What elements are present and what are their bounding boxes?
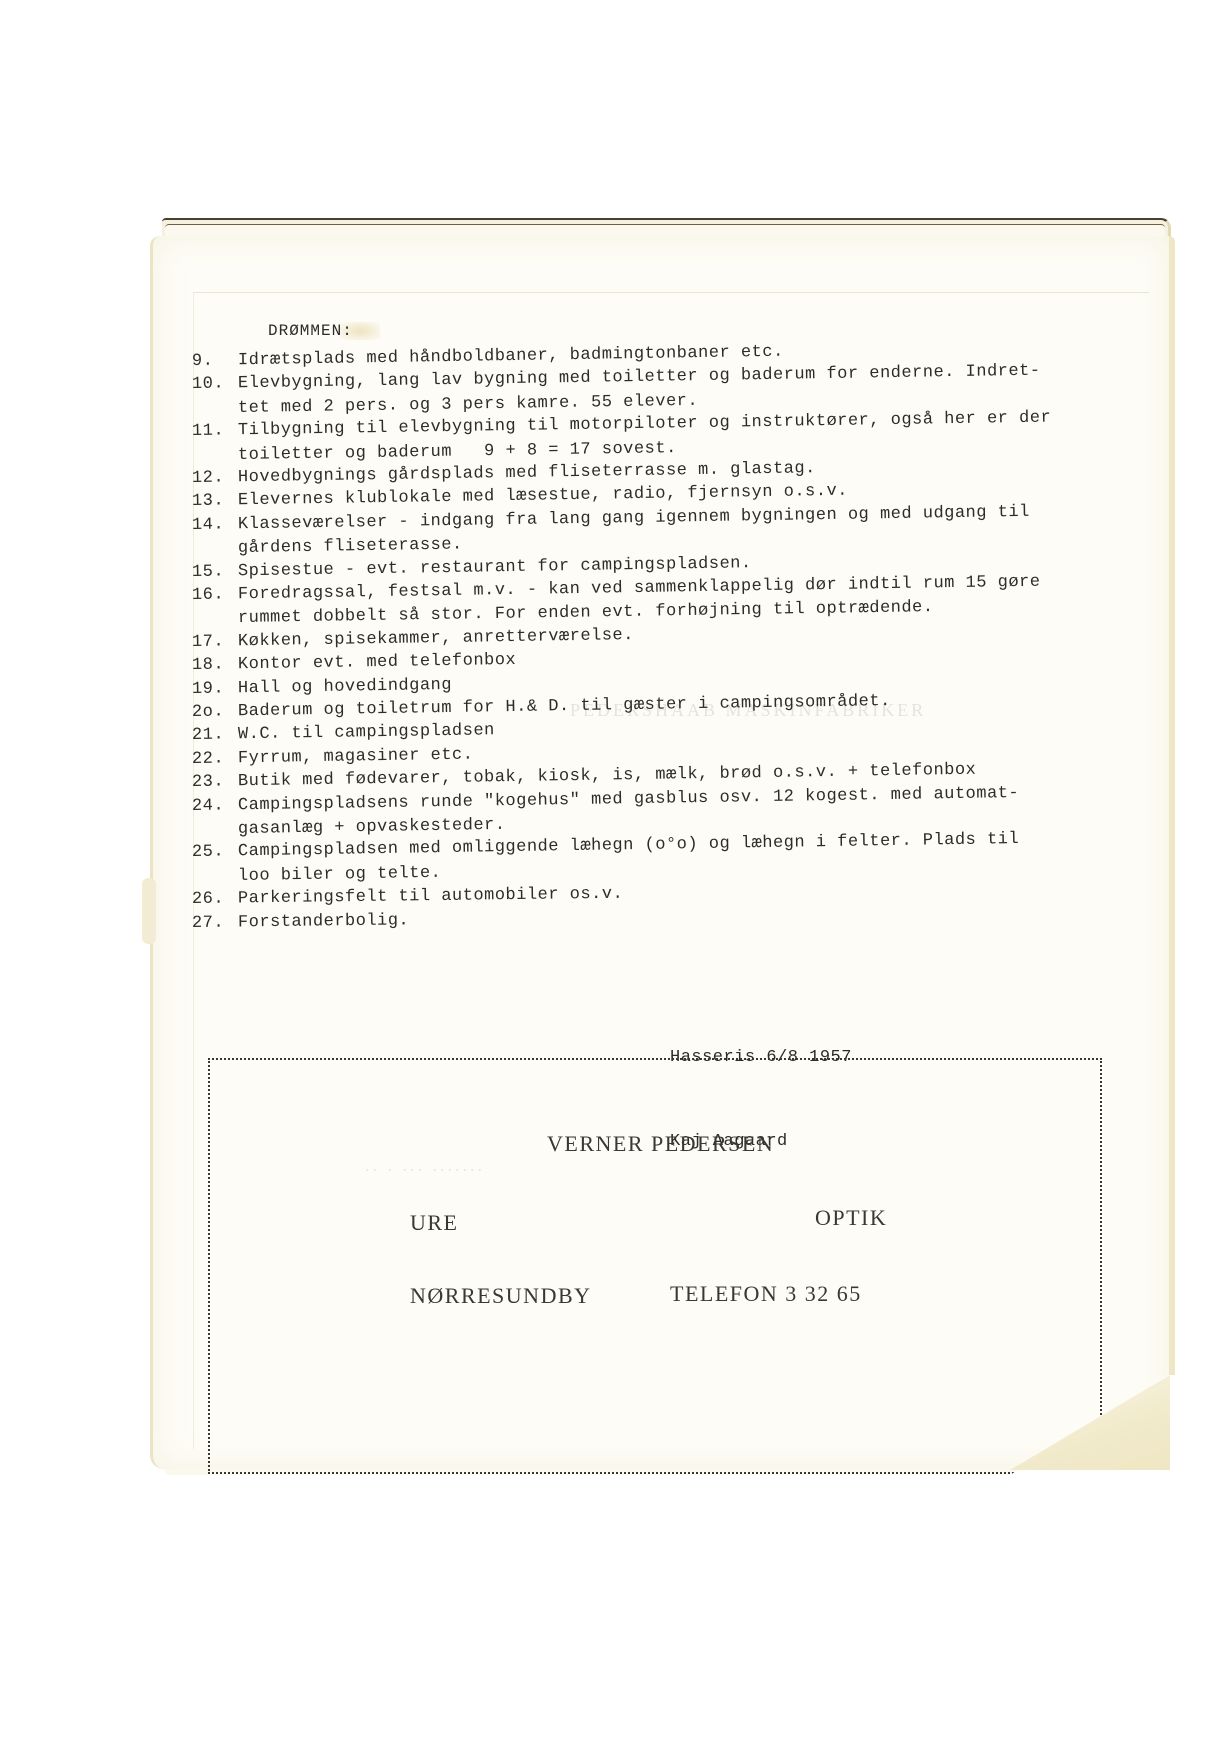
list-item-number: 26. [192, 890, 238, 910]
list-item-number: 23. [192, 772, 238, 792]
list-item-number: 15. [192, 562, 238, 582]
ad-category-ure: URE [410, 1210, 459, 1236]
list-item-number: 22. [192, 749, 238, 769]
ad-category-optik: OPTIK [815, 1205, 887, 1231]
list-item-number: 13. [192, 492, 238, 512]
list-item: 19.Hall og hovedindgang [192, 676, 452, 699]
list-item-number: 9. [192, 351, 238, 371]
list-item-text: Fyrrum, magasiner etc. [238, 745, 474, 768]
ad-city: NØRRESUNDBY [410, 1283, 592, 1309]
bleed-through-text-2: .. . ... ....... [365, 1155, 485, 1176]
list-item-number: 25. [192, 843, 238, 863]
list-item: 27.Forstanderbolig. [192, 911, 409, 933]
list-item-number: 16. [192, 585, 238, 605]
list-item-number: 18. [192, 655, 238, 675]
list-item-number: 21. [192, 726, 238, 746]
list-item-number: 12. [192, 468, 238, 488]
list-item-number: 27. [192, 913, 238, 933]
list-item-text: Forstanderbolig. [238, 911, 409, 932]
list-item-continuation: gårdens fliseterasse. [238, 536, 463, 559]
list-item-number: 14. [192, 515, 238, 535]
ad-business-name: VERNER PEDERSEN [547, 1131, 774, 1157]
ad-phone: TELEFON 3 32 65 [670, 1281, 862, 1307]
list-item-number: 17. [192, 632, 238, 652]
advertisement-box [208, 1058, 1102, 1474]
torn-edge [142, 878, 156, 944]
list-item-continuation: loo biler og telte. [238, 864, 442, 886]
list-item-number: 24. [192, 796, 238, 816]
list-item-number: 11. [192, 421, 238, 441]
list-item-text: Hall og hovedindgang [238, 676, 452, 698]
list-item-number: 10. [192, 375, 238, 395]
list-item-number: 19. [192, 679, 238, 699]
document-heading: DRØMMEN: [268, 322, 353, 340]
list-item-number: 2o. [192, 702, 238, 722]
